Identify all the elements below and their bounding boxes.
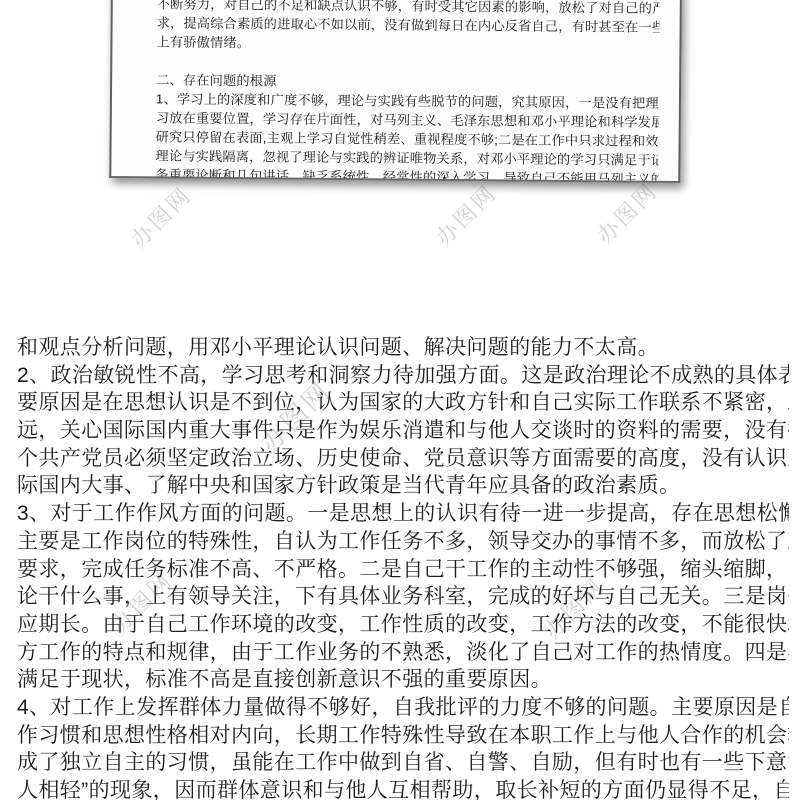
body-text-line: 主要是工作岗位的特殊性，自认为工作任务不多，领导交办的事情不多，而放松了对自己的: [17, 528, 789, 556]
body-text-line: 应期长。由于自己工作环境的改变，工作性质的改变，工作方法的改变，不能很快地适应地: [17, 611, 789, 639]
watermark-text: 办图网: [428, 177, 503, 252]
body-text-line: 作习惯和思想性格相对内向，长期工作特殊性导致在本职工作上与他人合作的机会较少，养: [17, 722, 789, 750]
body-text-line: 人相轻”的现象，因而群体意识和与他人互相帮助，取长补短的方面仍显得不足，自我批评: [17, 777, 789, 800]
watermark-text: 办图网: [123, 179, 198, 254]
body-text-line: 2、政治敏锐性不高，学习思考和洞察力待加强方面。这是政治理论不成熟的具体表现，主: [17, 362, 789, 390]
body-text-line: 要求，完成任务标准不高、不严格。二是自己干工作的主动性不够强，缩头缩脚，自认为不: [17, 556, 789, 584]
body-text-line: 3、对于工作作风方面的问题。一是思想上的认识有待一进一步提高，存在思想松懈的根源: [17, 500, 789, 528]
embedded-document-page: 不断努力，对自己的不足和缺点认识不够，有时受其它因素的影响，放松了对自己的严格要…: [109, 0, 682, 183]
body-text-line: 论干什么事，上有领导关注，下有具体业务科室，完成的好坏与自己无关。三是岗位转换适: [17, 583, 789, 611]
document-preview-page: { "page_background": "#ffffff", "waterma…: [0, 0, 800, 800]
body-text-line: 和观点分析问题，用邓小平理论认识问题、解决问题的能力不太高。: [17, 334, 789, 362]
body-text-line: 要原因是在思想认识是不到位，认为国家的大政方针和自己实际工作联系不紧密，距离太遥: [17, 389, 789, 417]
body-text-line: 成了独立自主的习惯，虽能在工作中做到自省、自警、自励，但有时也有一些下意识的“文: [17, 749, 789, 777]
body-text-line: 4、对工作上发挥群体力量做得不够好，自我批评的力度不够的问题。主要原因是自己的工: [17, 694, 789, 722]
body-text-line: 满足于现状，标准不高是直接创新意识不强的重要原因。: [17, 666, 789, 694]
main-text-block: 和观点分析问题，用邓小平理论认识问题、解决问题的能力不太高。2、政治敏锐性不高，…: [17, 334, 789, 800]
body-text-line: 远，关心国际国内重大事件只是作为娱乐消遣和与他人交谈时的资料的需要，没有提升到一: [17, 417, 789, 445]
watermark-text: 办图网: [589, 175, 664, 250]
body-text-line: 际国内大事、了解中央和国家方针政策是当代青年应具备的政治素质。: [17, 472, 789, 500]
body-text-line: 个共产党员必须坚定政治立场、历史使命、党员意识等方面需要的高度，没有认识到关心国: [17, 445, 789, 473]
body-text-line: 方工作的特点和规律，由于工作业务的不熟悉，淡化了自己对工作的热情度。四是办事只求: [17, 639, 789, 667]
